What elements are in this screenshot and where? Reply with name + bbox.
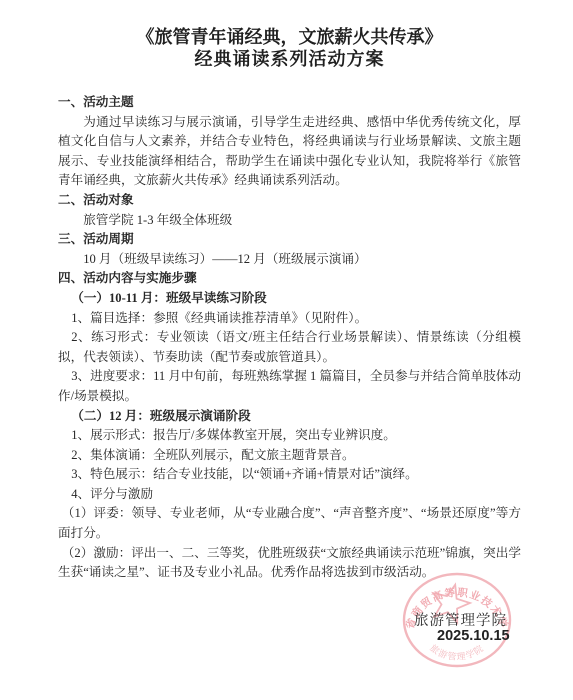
doc-paragraph: （二）12 月：班级展示演诵阶段 xyxy=(58,407,521,427)
doc-body: 一、活动主题为通过早读练习与展示演诵，引导学生走进经典、感悟中华优秀传统文化，厚… xyxy=(58,93,521,583)
doc-paragraph: 为通过早读练习与展示演诵，引导学生走进经典、感悟中华优秀传统文化，厚植文化自信与… xyxy=(58,113,521,191)
signature-organization: 旅游管理学院 xyxy=(414,609,507,630)
doc-paragraph: 4、评分与激励 xyxy=(58,485,521,505)
document-title: 《旅管青年诵经典，文旅薪火共传承》 经典诵读系列活动方案 xyxy=(58,26,521,70)
doc-paragraph: 1、篇目选择：参照《经典诵读推荐清单》（见附件）。 xyxy=(58,309,521,329)
doc-paragraph: （1）评委：领导、专业老师，从“专业融合度”、“声音整齐度”、“场景还原度”等方… xyxy=(58,504,521,543)
doc-paragraph: 2、练习形式：专业领读（语文/班主任结合行业场景解读）、情景练读（分组模拟，代表… xyxy=(58,328,521,367)
doc-paragraph: 3、特色展示：结合专业技能，以“领诵+齐诵+情景对话”演绎。 xyxy=(58,465,521,485)
doc-paragraph: 2、集体演诵：全班队列展示，配文旅主题背景音。 xyxy=(58,446,521,466)
doc-paragraph: 二、活动对象 xyxy=(58,191,521,211)
doc-paragraph: 一、活动主题 xyxy=(58,93,521,113)
document-page: 《旅管青年诵经典，文旅薪火共传承》 经典诵读系列活动方案 一、活动主题为通过早读… xyxy=(0,0,573,583)
title-line-2: 经典诵读系列活动方案 xyxy=(58,48,521,70)
signature-date: 2025.10.15 xyxy=(437,628,510,644)
seal-bottom-arc-text: 旅游管理学院 xyxy=(428,642,486,662)
title-line-1: 《旅管青年诵经典，文旅薪火共传承》 xyxy=(58,26,521,48)
doc-paragraph: 3、进度要求：11 月中旬前，每班熟练掌握 1 篇篇目，全员参与并结合简单肢体动… xyxy=(58,367,521,406)
doc-paragraph: 旅管学院 1-3 年级全体班级 xyxy=(58,211,521,231)
doc-paragraph: （一）10-11 月：班级早读练习阶段 xyxy=(58,289,521,309)
doc-paragraph: 三、活动周期 xyxy=(58,230,521,250)
svg-text:旅游管理学院: 旅游管理学院 xyxy=(428,642,486,662)
doc-paragraph: 四、活动内容与实施步骤 xyxy=(58,269,521,289)
doc-paragraph: 1、展示形式：报告厅/多媒体教室开展，突出专业辨识度。 xyxy=(58,426,521,446)
doc-paragraph: 10 月（班级早读练习）——12 月（班级展示演诵） xyxy=(58,250,521,270)
